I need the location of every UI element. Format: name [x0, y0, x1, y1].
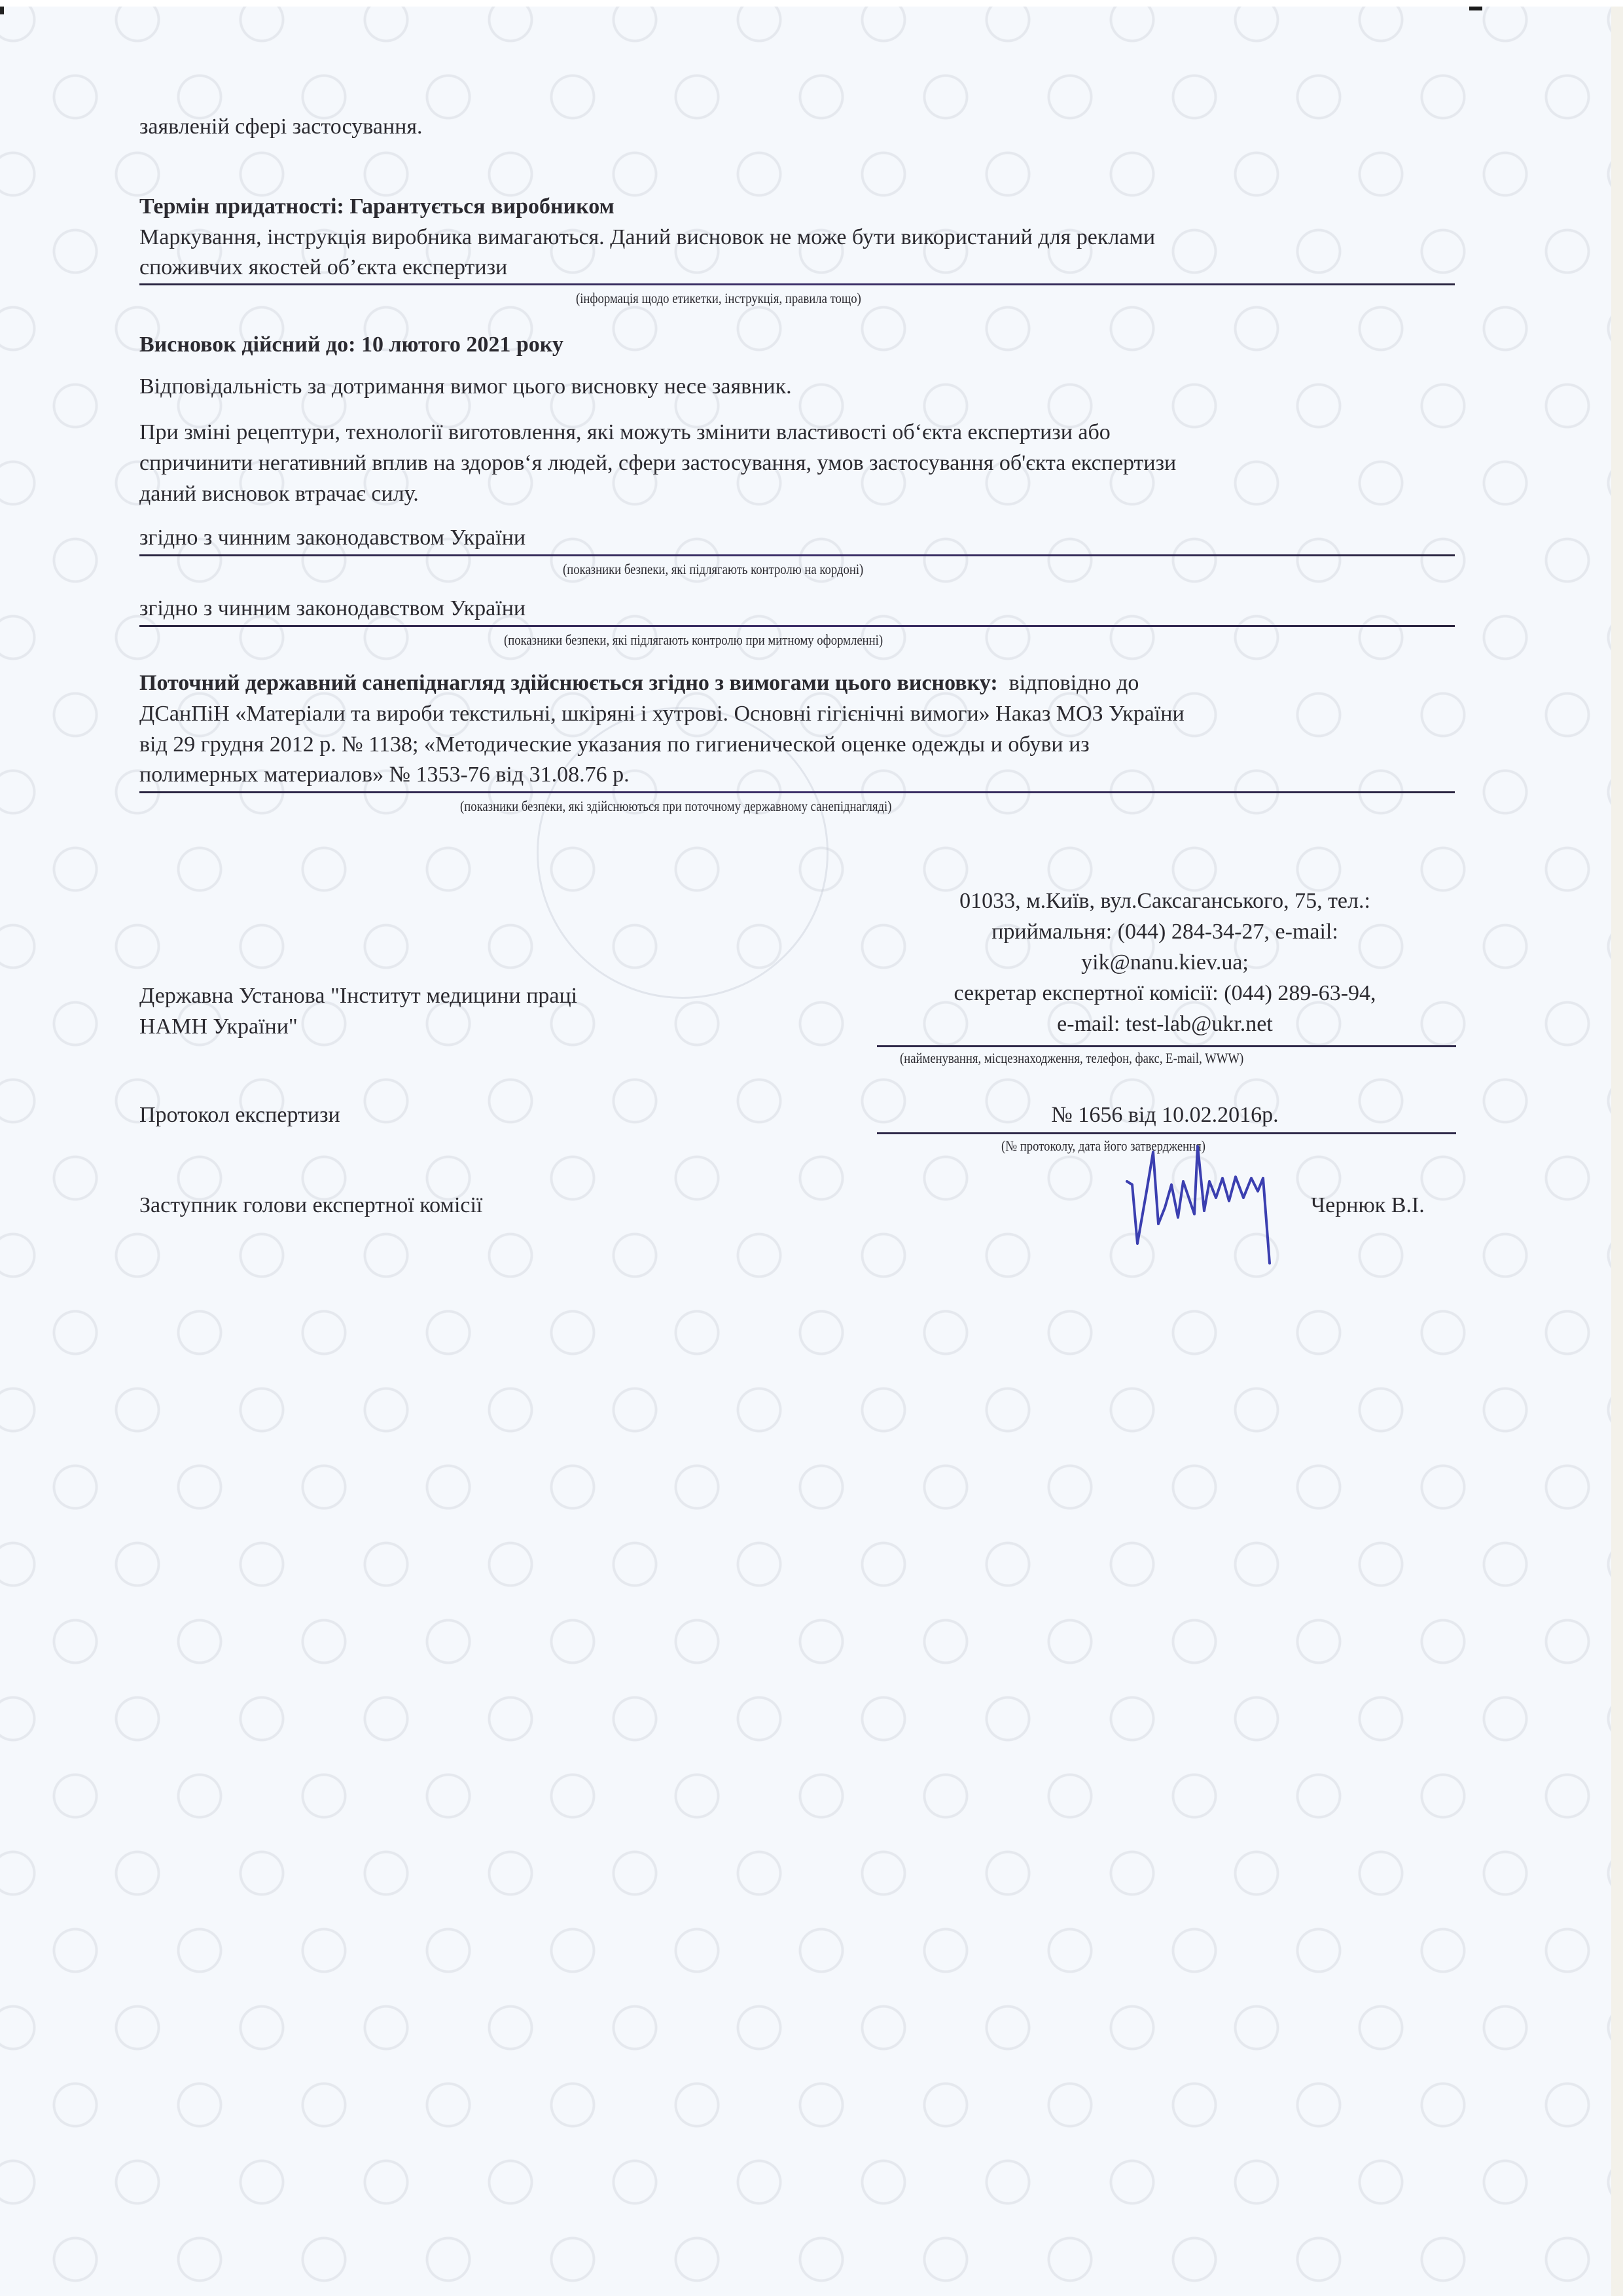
border-control-underline — [139, 554, 1455, 556]
institution-underline — [877, 1045, 1456, 1047]
institution-address: 01033, м.Київ, вул.Саксаганського, 75, т… — [874, 886, 1456, 1039]
shelf-life-heading: Термін придатності: Гарантується виробни… — [139, 191, 615, 222]
scan-corner-mark — [0, 7, 4, 14]
signatory-name: Чернюк В.І. — [1311, 1190, 1425, 1221]
address-line: приймальня: (044) 284-34-27, e-mail: — [874, 916, 1456, 947]
institution-name-line2: НАМН України" — [139, 1011, 298, 1042]
protocol-underline — [877, 1132, 1456, 1134]
customs-control-value: згідно з чинним законодавством України — [139, 593, 526, 624]
protocol-value: № 1656 від 10.02.2016р. — [874, 1100, 1456, 1130]
customs-control-caption: (показники безпеки, які підлягають контр… — [504, 632, 883, 649]
scan-notch — [1469, 7, 1482, 10]
responsibility-text: Відповідальність за дотримання вимог цьо… — [139, 371, 792, 402]
labeling-text-line1: Маркування, інструкція виробника вимагаю… — [139, 222, 1155, 253]
page-edge — [1611, 7, 1623, 2296]
border-control-caption: (показники безпеки, які підлягають контр… — [563, 561, 863, 578]
customs-control-underline — [139, 625, 1455, 627]
address-line: 01033, м.Київ, вул.Саксаганського, 75, т… — [874, 886, 1456, 916]
supervision-line3: від 29 грудня 2012 р. № 1138; «Методичес… — [139, 729, 1090, 760]
supervision-line1: Поточний державний санепіднагляд здійсню… — [139, 668, 1139, 698]
protocol-label: Протокол експертизи — [139, 1100, 340, 1130]
labeling-caption: (інформація щодо етикетки, інструкція, п… — [576, 290, 861, 307]
border-control-value: згідно з чинним законодавством України — [139, 522, 526, 553]
supervision-caption: (показники безпеки, які здійснюються при… — [460, 798, 891, 815]
supervision-line2: ДСанПіН «Матеріали та вироби текстильні,… — [139, 698, 1185, 729]
supervision-line4: полимерных материалов» № 1353-76 від 31.… — [139, 759, 630, 790]
supervision-heading: Поточний державний санепіднагляд здійсню… — [139, 671, 998, 695]
labeling-underline — [139, 283, 1455, 285]
supervision-tail: відповідно до — [1009, 671, 1139, 695]
continuation-line: заявленій сфері застосування. — [139, 111, 422, 142]
address-line: секретар експертної комісії: (044) 289-6… — [874, 978, 1456, 1009]
signatory-role: Заступник голови експертної комісії — [139, 1190, 482, 1221]
signature-icon — [1113, 1145, 1309, 1270]
address-line: yik@nanu.kiev.ua; — [874, 947, 1456, 978]
change-notice-line1: При зміні рецептури, технології виготовл… — [139, 417, 1111, 448]
institution-caption: (найменування, місцезнаходження, телефон… — [900, 1050, 1243, 1067]
address-line: e-mail: test-lab@ukr.net — [874, 1009, 1456, 1039]
change-notice-line2: спричинити негативний вплив на здоров‘я … — [139, 448, 1176, 478]
change-notice-line3: даний висновок втрачає силу. — [139, 478, 419, 509]
labeling-text-line2: споживчих якостей об’єкта експертизи — [139, 252, 507, 283]
scan-top-margin — [0, 0, 1623, 7]
validity-heading: Висновок дійсний до: 10 лютого 2021 року — [139, 329, 563, 360]
institution-name-line1: Державна Установа "Інститут медицини пра… — [139, 980, 577, 1011]
supervision-underline — [139, 791, 1455, 793]
